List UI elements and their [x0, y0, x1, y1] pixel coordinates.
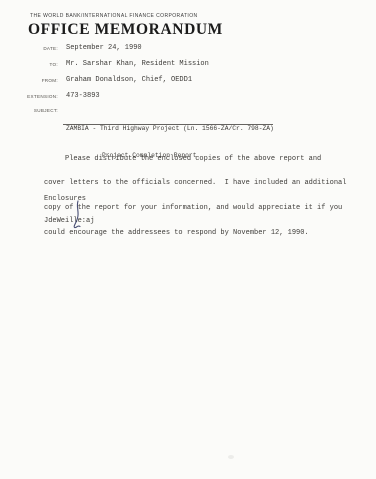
date-label: DATE: [0, 46, 58, 51]
typist-signature-line: JdeWeille:aj [44, 217, 94, 225]
body-line: cover letters to the officials concerned… [44, 179, 346, 187]
organization-line: THE WORLD BANK/INTERNATIONAL FINANCE COR… [30, 13, 198, 19]
subject-label: SUBJECT: [0, 108, 58, 113]
extension-value: 473-3893 [66, 92, 100, 100]
scan-artifact [228, 455, 234, 459]
from-value: Graham Donaldson, Chief, OEDD1 [66, 76, 192, 84]
memo-title: OFFICE MEMORANDUM [28, 21, 223, 39]
body-line: Please distribute the enclosed copies of… [44, 155, 346, 163]
extension-label: EXTENSION: [0, 94, 58, 99]
subject-line-1: ZAMBIA - Third Highway Project (Ln. 1566… [66, 124, 274, 133]
from-label: FROM: [0, 78, 58, 83]
subject-underline [63, 124, 273, 125]
body-line: could encourage the addressees to respon… [44, 229, 346, 237]
to-label: TO: [0, 62, 58, 67]
enclosures-note: Enclosures [44, 195, 86, 203]
memo-document: THE WORLD BANK/INTERNATIONAL FINANCE COR… [0, 0, 376, 479]
body-paragraph: Please distribute the enclosed copies of… [44, 138, 346, 254]
body-line: copy of the report for your information,… [44, 204, 346, 212]
to-value: Mr. Sarshar Khan, Resident Mission [66, 60, 209, 68]
date-value: September 24, 1990 [66, 44, 142, 52]
